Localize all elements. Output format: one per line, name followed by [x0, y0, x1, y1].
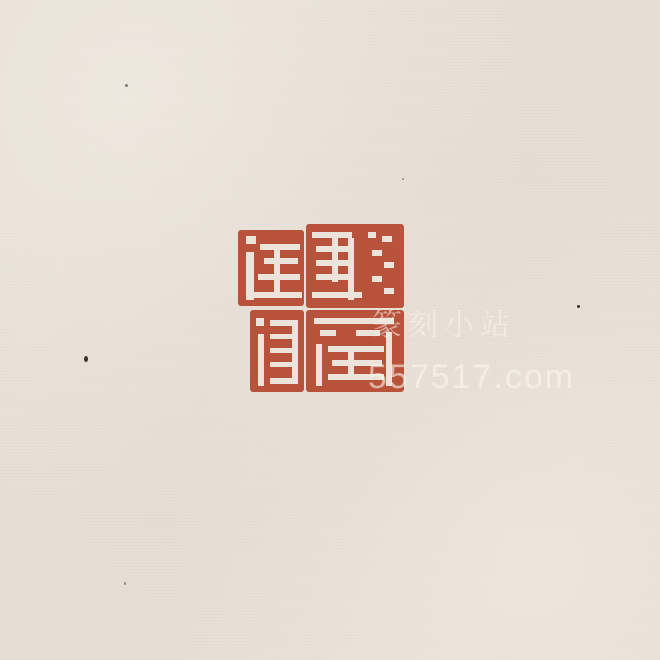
watermark-text-url: 557517.com [368, 358, 575, 397]
paper-speck [84, 356, 88, 362]
paper-speck [402, 178, 404, 180]
watermark-text-chinese: 篆刻小站 [372, 300, 516, 344]
paper-speck [125, 84, 128, 87]
paper-speck [124, 582, 126, 585]
paper-speck [577, 305, 580, 308]
